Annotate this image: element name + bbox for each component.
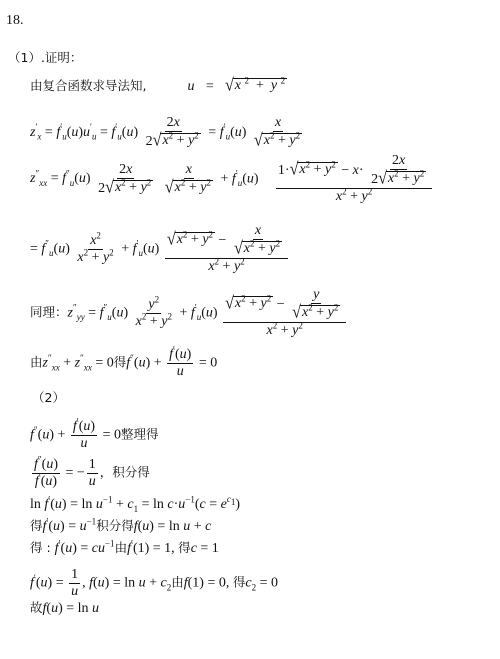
p2-line4: 得f′(u) = u−1积分得f(u) = ln u + c	[30, 520, 211, 534]
get-text: 得	[114, 355, 127, 370]
eq-simplified: = f″u(u) x2x2 + y2 + f′u(u) √x2 + y2 − x…	[30, 224, 290, 274]
p2-line5: 得 : f′(u) = cu−1由f′(1) = 1, 得c = 1	[30, 542, 219, 556]
therefore-text: 故	[30, 600, 43, 615]
by-text-3: 由	[171, 575, 184, 590]
p2-line6: f′(u) = 1u, f(u) = ln u + c2由f(1) = 0, 得…	[30, 568, 278, 599]
by-text: 由	[30, 355, 43, 370]
problem-number-text: 18.	[6, 13, 24, 28]
get-text-4: 得	[233, 575, 246, 590]
p2-line7: 故f(u) = ln u	[30, 602, 99, 616]
part2-label-text: （2）	[32, 390, 65, 405]
p2-line3: ln f′(u) = ln u−1 + c1 = ln c·u−1(c = ec…	[30, 498, 240, 512]
p2-line1: f″(u) + f′(u)u = 0整理得	[30, 420, 159, 451]
u-def: u = √x 2 + y 2	[187, 79, 287, 94]
part2-label: （2）	[32, 392, 65, 405]
part1-label-text: （1）.证明：	[8, 50, 82, 65]
by-text-2: 由	[115, 540, 128, 555]
get-text-3: 得	[178, 540, 191, 555]
problem-number: 18.	[6, 14, 24, 28]
eq-zx: z′x = f′u(u)u′u = f′u(u) 2x2√x2 + y2 = f…	[30, 116, 306, 149]
same-label: 同理：	[30, 304, 68, 319]
eq-zyy: 同理：z″yy = f″u(u) y2x2 + y2 + f′u(u) √x2 …	[30, 288, 348, 338]
eq-sum: 由z″xx + z″xx = 0得f″(u) + f′(u)u = 0	[30, 348, 217, 379]
integrate-text: ，积分得	[100, 465, 150, 480]
p2-line2: f″(u)f′(u) = −1u，积分得	[30, 458, 150, 489]
get-text-2: 得	[30, 518, 43, 533]
intro-line: 由复合函数求导法知, u = √x 2 + y 2	[30, 78, 287, 94]
part1-label: （1）.证明：	[8, 52, 82, 65]
integ-text: 积分得	[96, 518, 134, 533]
eq-zxx: z″xx = f″u(u) 2x2√x2 + y2 x√x2 + y2 + f′…	[30, 154, 446, 204]
get-colon-text: 得 :	[30, 540, 55, 555]
intro-text: 由复合函数求导法知,	[30, 78, 146, 93]
arrange-text: 整理得	[121, 427, 159, 442]
